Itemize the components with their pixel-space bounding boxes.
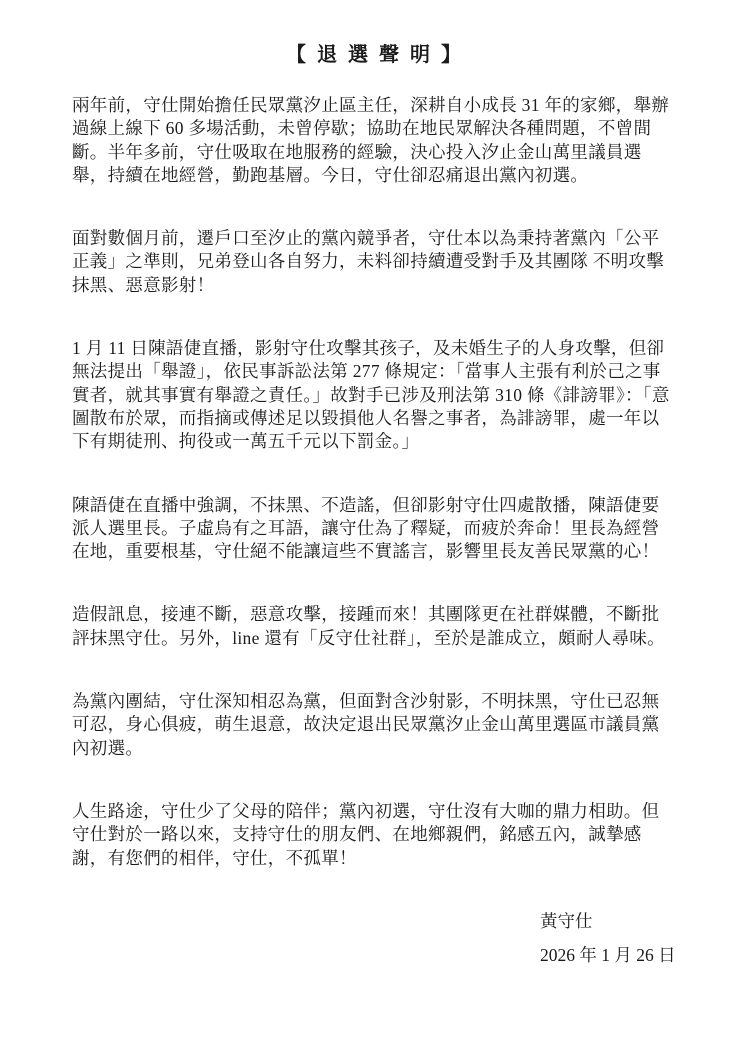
paragraph-gratitude: 人生路途，守仕少了父母的陪伴；黨內初選，守仕沒有大咖的鼎力相助。但守仕對於一路以…	[72, 800, 673, 870]
paragraph-party-competitor: 面對數個月前，遷戶口至汐止的黨內競爭者，守仕本以為秉持著黨內「公平正義」之準則，…	[72, 227, 673, 297]
document-page: 【 退 選 聲 明 】 兩年前，守仕開始擔任民眾黨汐止區主任，深耕自小成長 31…	[0, 0, 750, 1061]
signature-name: 黃守仕	[540, 910, 673, 933]
paragraph-intro-background: 兩年前，守仕開始擔任民眾黨汐止區主任，深耕自小成長 31 年的家鄉，舉辦過線上線…	[72, 94, 673, 187]
document-body: 兩年前，守仕開始擔任民眾黨汐止區主任，深耕自小成長 31 年的家鄉，舉辦過線上線…	[72, 94, 673, 967]
paragraph-fake-news-social-media: 造假訊息，接連不斷，惡意攻擊，接踵而來！其團隊更在社群媒體，不斷批評抹黑守仕。另…	[72, 603, 673, 650]
signature-block: 黃守仕 2026 年 1 月 26 日	[540, 910, 673, 968]
signature-date: 2026 年 1 月 26 日	[540, 944, 673, 967]
paragraph-livestream-legal: 1 月 11 日陳語倢直播，影射守仕攻擊其孩子，及未婚生子的人身攻擊，但卻無法提…	[72, 337, 673, 453]
paragraph-rumors-village-chiefs: 陳語倢在直播中強調，不抹黑、不造謠，但卻影射守仕四處散播，陳語倢要派人選里長。子…	[72, 494, 673, 564]
paragraph-withdrawal-decision: 為黨內團結，守仕深知相忍為黨，但面對含沙射影，不明抹黑，守仕已忍無可忍，身心俱疲…	[72, 690, 673, 760]
document-title: 【 退 選 聲 明 】	[0, 0, 750, 67]
